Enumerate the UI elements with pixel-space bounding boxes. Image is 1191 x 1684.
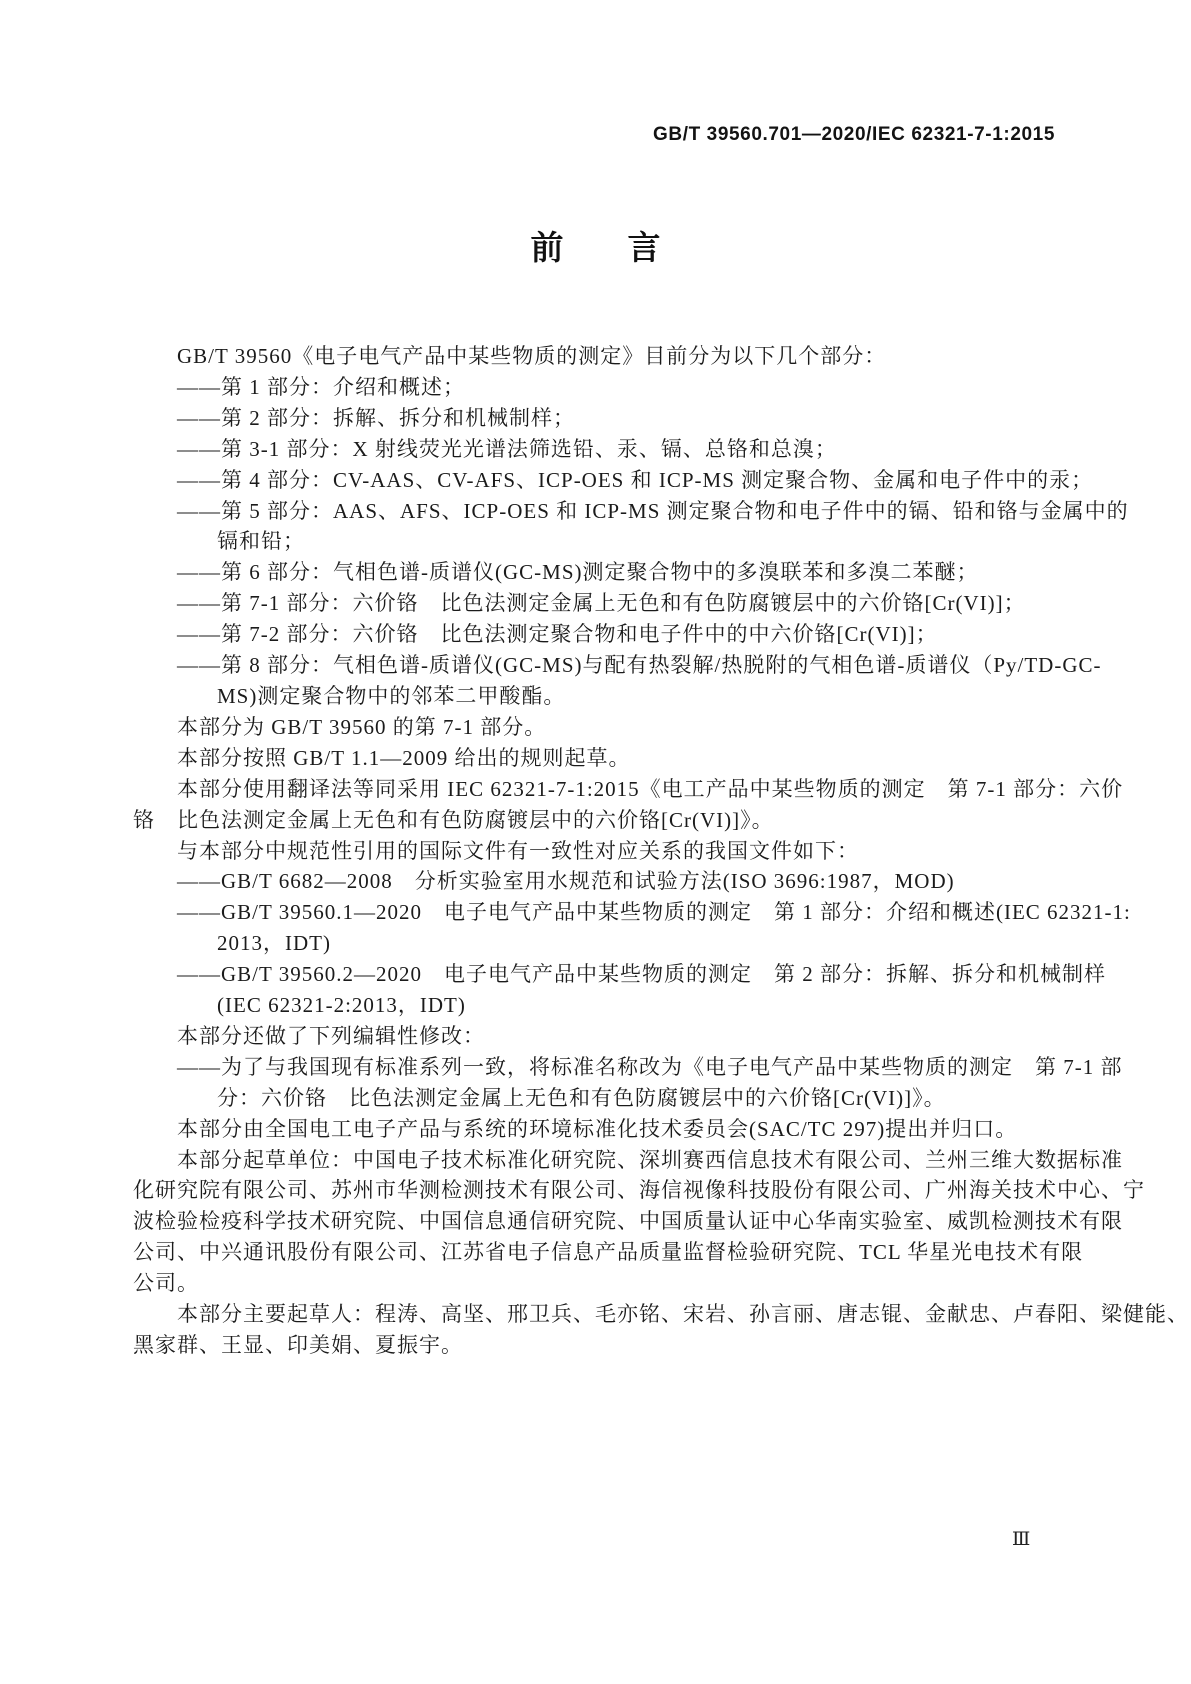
- text-line: ——第 4 部分：CV-AAS、CV-AFS、ICP-OES 和 ICP-MS …: [133, 465, 1073, 496]
- page-number: Ⅲ: [1012, 1528, 1030, 1551]
- text-line: ——GB/T 39560.1—2020 电子电气产品中某些物质的测定 第 1 部…: [133, 897, 1073, 928]
- text-line: 本部分按照 GB/T 1.1—2009 给出的规则起草。: [133, 743, 1073, 774]
- text-line: ——第 2 部分：拆解、拆分和机械制样；: [133, 403, 1073, 434]
- text-line: 化研究院有限公司、苏州市华测检测技术有限公司、海信视像科技股份有限公司、广州海关…: [133, 1175, 1073, 1206]
- text-line: ——第 3-1 部分：X 射线荧光光谱法筛选铅、汞、镉、总铬和总溴；: [133, 434, 1073, 465]
- page-title: 前言: [0, 222, 1191, 269]
- text-line: 公司、中兴通讯股份有限公司、江苏省电子信息产品质量监督检验研究院、TCL 华星光…: [133, 1237, 1073, 1268]
- document-page: GB/T 39560.701—2020/IEC 62321-7-1:2015 前…: [0, 0, 1191, 1684]
- text-line: 与本部分中规范性引用的国际文件有一致性对应关系的我国文件如下：: [133, 836, 1073, 867]
- text-line: ——为了与我国现有标准系列一致，将标准名称改为《电子电气产品中某些物质的测定 第…: [133, 1052, 1073, 1083]
- text-line: (IEC 62321-2:2013，IDT): [133, 990, 1073, 1021]
- text-line: 黑家群、王显、印美娟、夏振宇。: [133, 1330, 1073, 1361]
- text-line: 本部分主要起草人：程涛、高坚、邢卫兵、毛亦铭、宋岩、孙言丽、唐志锟、金献忠、卢春…: [133, 1299, 1073, 1330]
- text-line: 公司。: [133, 1268, 1073, 1299]
- foreword-body: GB/T 39560《电子电气产品中某些物质的测定》目前分为以下几个部分：——第…: [133, 341, 1073, 1361]
- standard-number: GB/T 39560.701—2020/IEC 62321-7-1:2015: [653, 124, 1055, 146]
- text-line: ——第 5 部分：AAS、AFS、ICP-OES 和 ICP-MS 测定聚合物和…: [133, 496, 1073, 527]
- title-char-1: 前: [531, 229, 564, 266]
- text-line: ——第 6 部分：气相色谱-质谱仪(GC-MS)测定聚合物中的多溴联苯和多溴二苯…: [133, 557, 1073, 588]
- text-line: 本部分还做了下列编辑性修改：: [133, 1021, 1073, 1052]
- text-line: 本部分由全国电工电子产品与系统的环境标准化技术委员会(SAC/TC 297)提出…: [133, 1114, 1073, 1145]
- text-line: ——第 8 部分：气相色谱-质谱仪(GC-MS)与配有热裂解/热脱附的气相色谱-…: [133, 650, 1073, 681]
- text-line: GB/T 39560《电子电气产品中某些物质的测定》目前分为以下几个部分：: [133, 341, 1073, 372]
- text-line: 镉和铅；: [133, 526, 1073, 557]
- text-line: 本部分使用翻译法等同采用 IEC 62321-7-1:2015《电工产品中某些物…: [133, 774, 1073, 805]
- text-line: ——第 7-1 部分：六价铬 比色法测定金属上无色和有色防腐镀层中的六价铬[Cr…: [133, 588, 1073, 619]
- text-line: ——第 7-2 部分：六价铬 比色法测定聚合物和电子件中的中六价铬[Cr(VI)…: [133, 619, 1073, 650]
- text-line: 铬 比色法测定金属上无色和有色防腐镀层中的六价铬[Cr(VI)]》。: [133, 805, 1073, 836]
- text-line: 本部分起草单位：中国电子技术标准化研究院、深圳赛西信息技术有限公司、兰州三维大数…: [133, 1145, 1073, 1176]
- text-line: ——第 1 部分：介绍和概述；: [133, 372, 1073, 403]
- text-line: MS)测定聚合物中的邻苯二甲酸酯。: [133, 681, 1073, 712]
- text-line: ——GB/T 6682—2008 分析实验室用水规范和试验方法(ISO 3696…: [133, 866, 1073, 897]
- text-line: 波检验检疫科学技术研究院、中国信息通信研究院、中国质量认证中心华南实验室、威凯检…: [133, 1206, 1073, 1237]
- text-line: 2013，IDT): [133, 928, 1073, 959]
- text-line: 本部分为 GB/T 39560 的第 7-1 部分。: [133, 712, 1073, 743]
- text-line: 分：六价铬 比色法测定金属上无色和有色防腐镀层中的六价铬[Cr(VI)]》。: [133, 1083, 1073, 1114]
- title-char-2: 言: [628, 229, 661, 266]
- text-line: ——GB/T 39560.2—2020 电子电气产品中某些物质的测定 第 2 部…: [133, 959, 1073, 990]
